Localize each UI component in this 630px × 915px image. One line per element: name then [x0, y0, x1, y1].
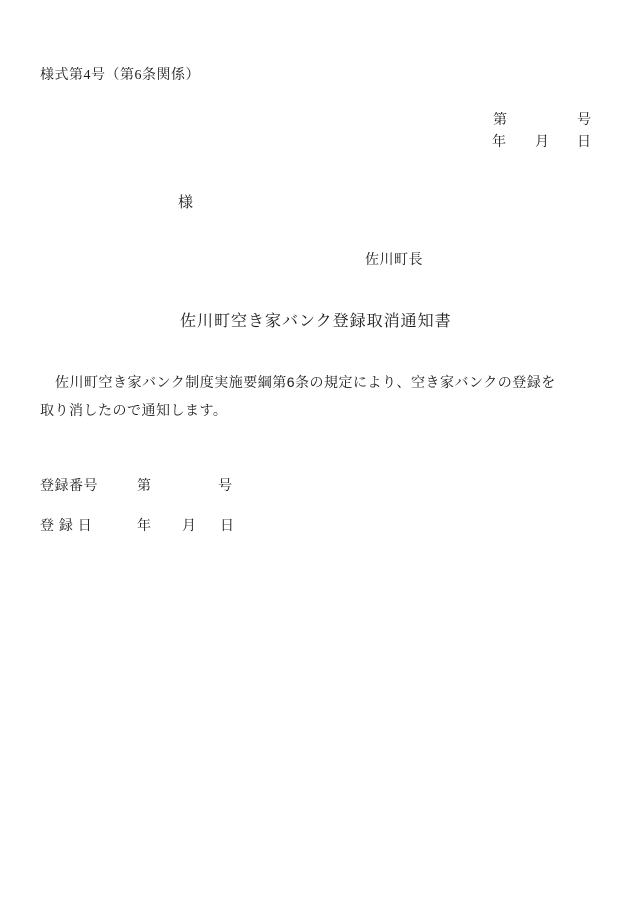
registration-number-label: 登録番号 [40, 475, 98, 495]
registration-number-prefix: 第 [137, 475, 151, 495]
document-number-suffix: 号 [577, 109, 591, 129]
body-line-1: 佐川町空き家バンク制度実施要綱第6条の規定により、空き家バンクの登録を [40, 368, 560, 396]
document-date-day-label: 日 [577, 131, 591, 151]
form-number-header: 様式第4号（第6条関係） [40, 64, 200, 84]
registration-number-suffix: 号 [218, 475, 232, 495]
document-date-year-label: 年 [492, 131, 506, 151]
document-number-prefix: 第 [493, 109, 507, 129]
body-line-2: 取り消したので通知します。 [40, 396, 560, 424]
registration-date-month-label: 月 [182, 515, 196, 535]
document-title: 佐川町空き家バンク登録取消通知書 [180, 308, 452, 331]
sender-name: 佐川町長 [365, 249, 423, 269]
document-date-month-label: 月 [535, 131, 549, 151]
registration-date-label: 登 録 日 [40, 515, 92, 535]
registration-date-year-label: 年 [137, 515, 151, 535]
document-page: 様式第4号（第6条関係） 第 号 年 月 日 様 佐川町長 佐川町空き家バンク登… [0, 0, 630, 915]
registration-date-day-label: 日 [220, 515, 234, 535]
addressee-honorific: 様 [178, 191, 193, 212]
body-paragraph: 佐川町空き家バンク制度実施要綱第6条の規定により、空き家バンクの登録を 取り消し… [40, 368, 560, 424]
